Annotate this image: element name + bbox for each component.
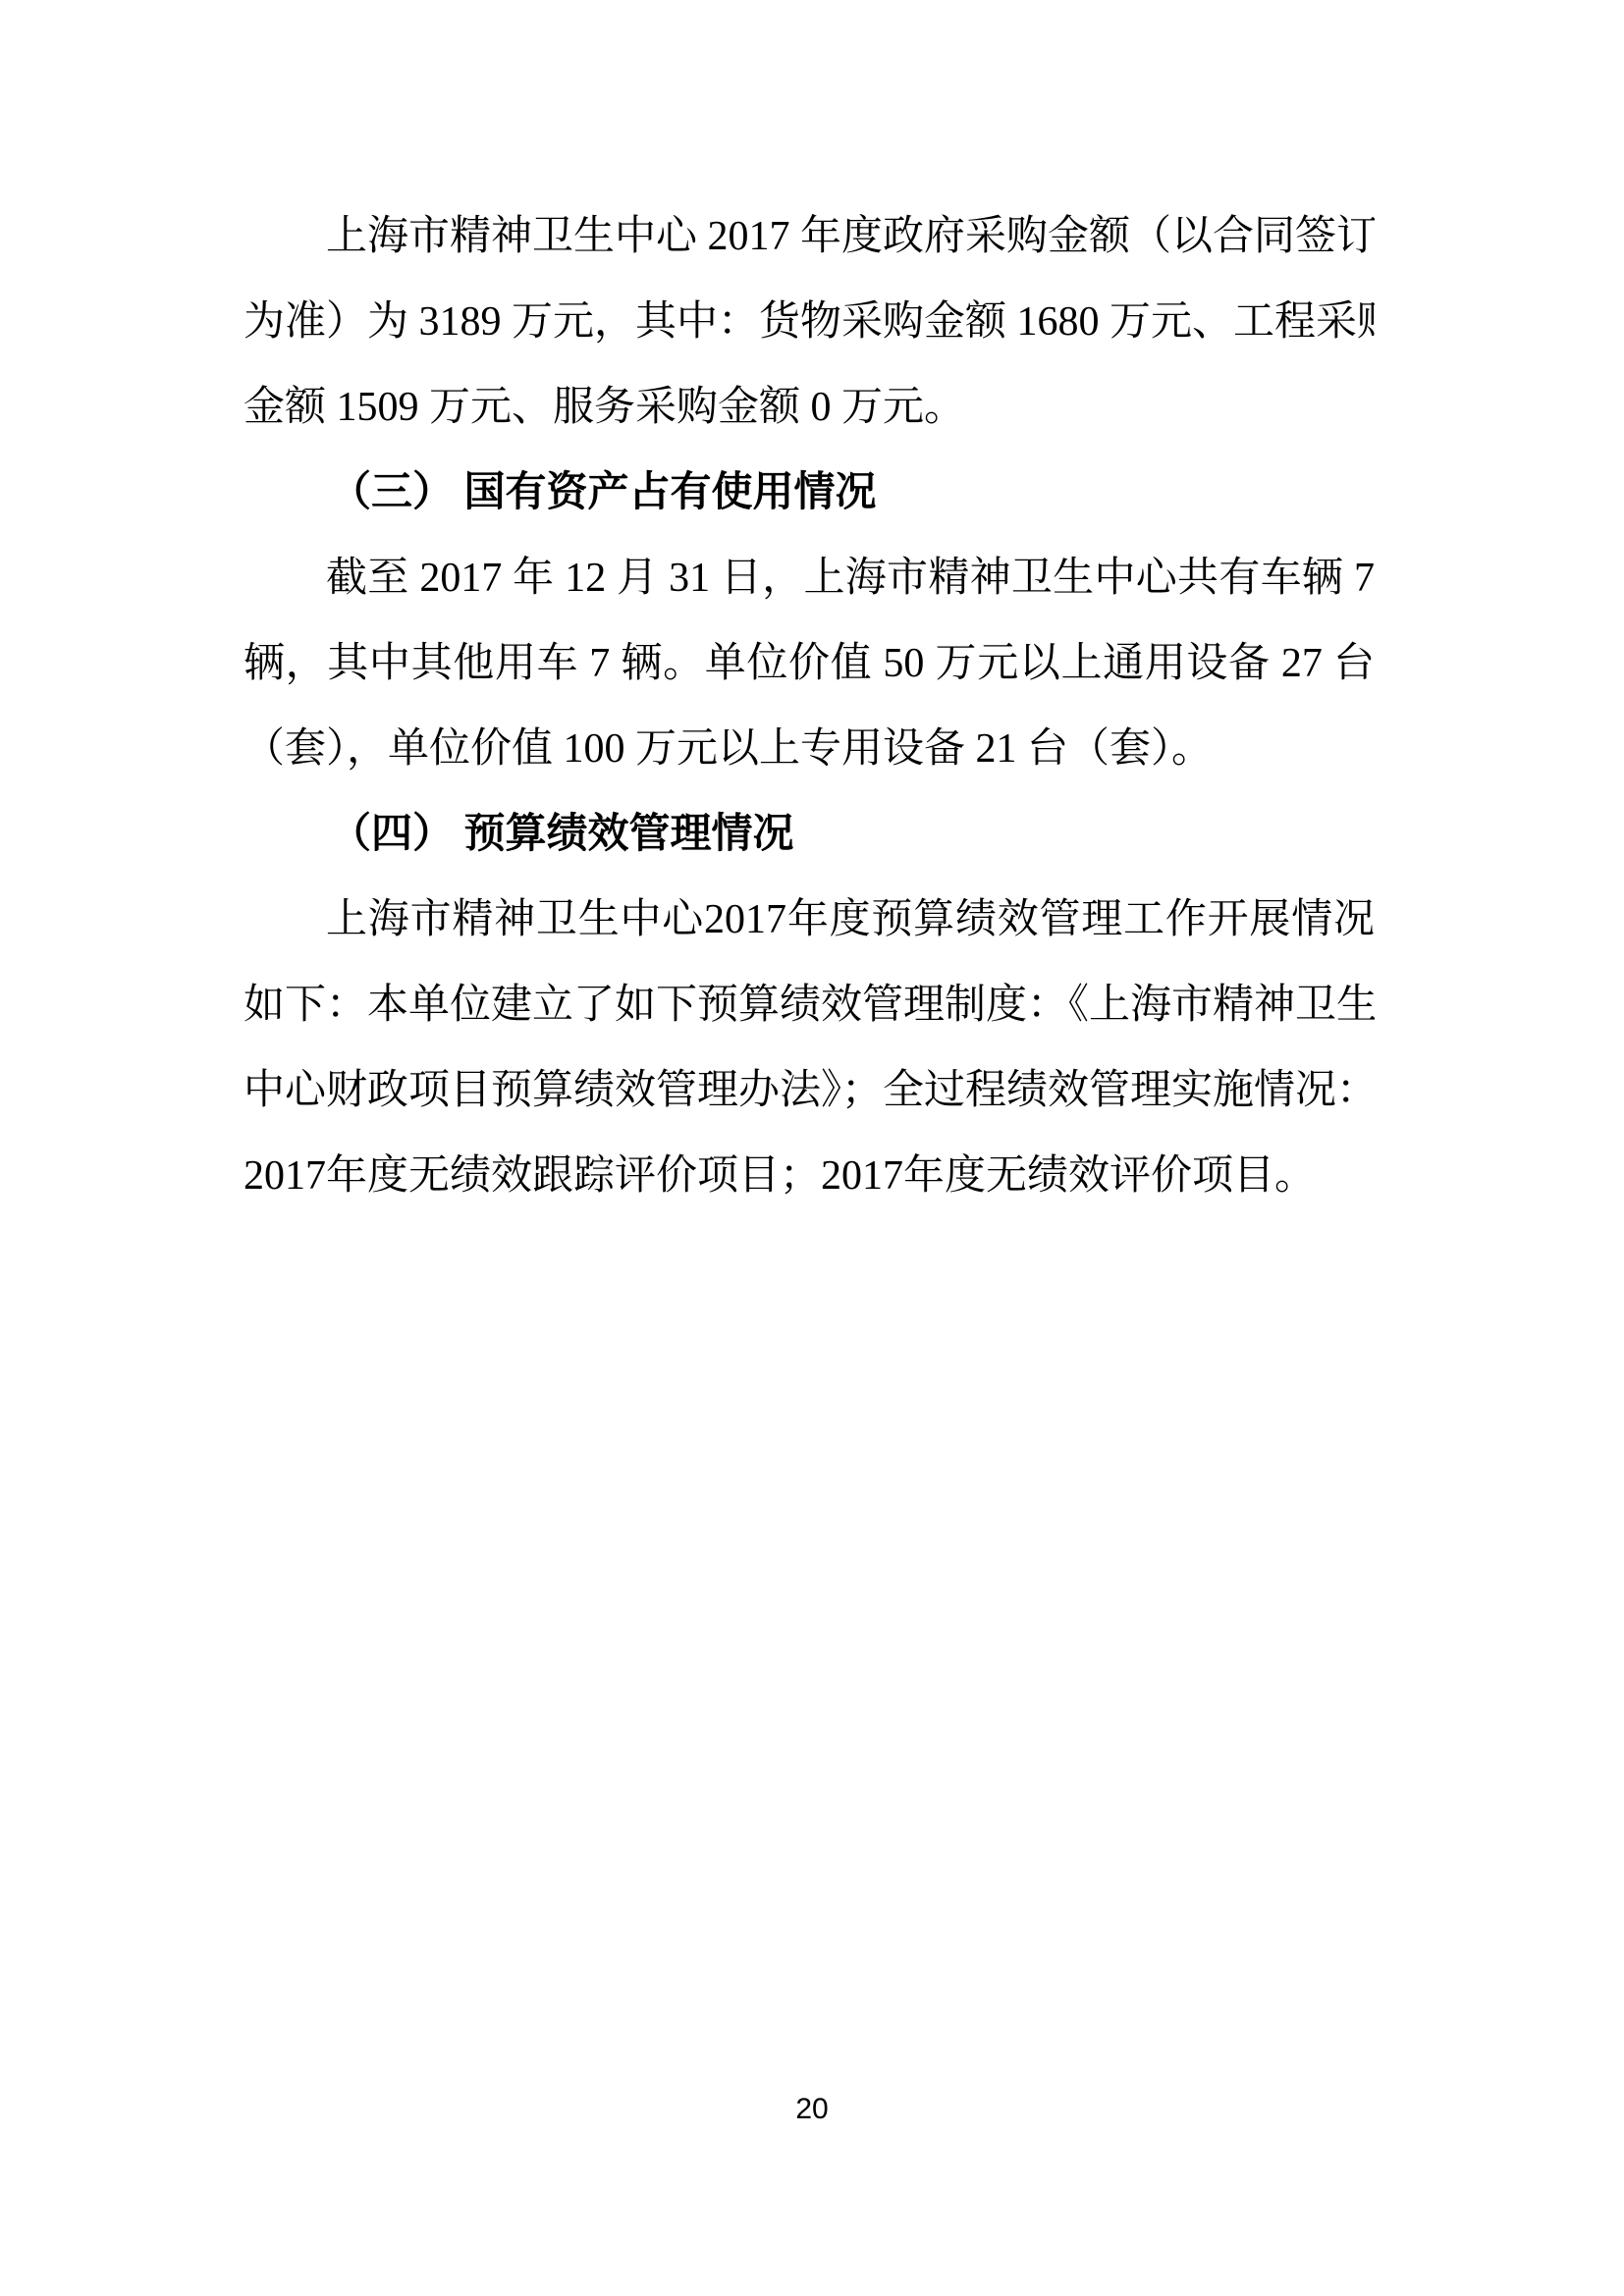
paragraph-line: 如下：本单位建立了如下预算绩效管理制度：《上海市精神卫生 [244, 963, 1375, 1048]
document-text-block: 上海市精神卫生中心 2017 年度政府采购金额（以合同签订 为准）为 3189 … [244, 194, 1375, 1219]
paragraph-line: 辆，其中其他用车 7 辆。单位价值 50 万元以上通用设备 27 台 [244, 621, 1375, 707]
paragraph-line: 中心财政项目预算绩效管理办法》；全过程绩效管理实施情况： [244, 1048, 1375, 1134]
paragraph-line: 上海市精神卫生中心 2017 年度政府采购金额（以合同签订 [244, 194, 1375, 280]
paragraph-line: 金额 1509 万元、服务采购金额 0 万元。 [244, 365, 1375, 451]
paragraph-line: 为准）为 3189 万元，其中：货物采购金额 1680 万元、工程采购 [244, 280, 1375, 365]
paragraph-line: 2017年度无绩效跟踪评价项目；2017年度无绩效评价项目。 [244, 1134, 1375, 1219]
document-page: 上海市精神卫生中心 2017 年度政府采购金额（以合同签订 为准）为 3189 … [0, 0, 1624, 2296]
paragraph-line: （套），单位价值 100 万元以上专用设备 21 台（套）。 [244, 707, 1375, 792]
page-number: 20 [0, 2095, 1624, 2124]
section-heading-4: （四） 预算绩效管理情况 [244, 792, 1375, 878]
paragraph-line: 截至 2017 年 12 月 31 日，上海市精神卫生中心共有车辆 7 [244, 536, 1375, 621]
section-heading-3: （三） 国有资产占有使用情况 [244, 451, 1375, 536]
paragraph-line: 上海市精神卫生中心2017年度预算绩效管理工作开展情况 [244, 878, 1375, 963]
